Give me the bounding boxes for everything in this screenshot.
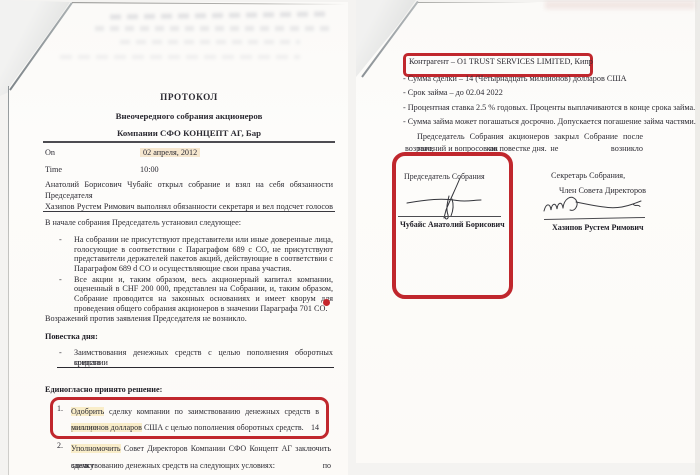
chairman-paragraph-line2: Председателя bbox=[45, 191, 333, 202]
no-objections-line: Возражений против заявления Председателя… bbox=[45, 314, 247, 324]
bullet-item-attendees: На собрании не присутствуют представител… bbox=[74, 235, 333, 274]
meta-time-label: Time bbox=[45, 165, 62, 175]
bullet-line: голосующие в соответствии с Параграфом 6… bbox=[74, 245, 333, 255]
scan-right-shadow bbox=[695, 0, 700, 475]
highlighted-word: Уполномочить bbox=[71, 444, 121, 453]
chairman-name: Чубайс Анатолий Борисович bbox=[400, 220, 505, 230]
meta-on-value: 02 апреля, 2012 bbox=[140, 148, 200, 158]
bullet-dash: - bbox=[59, 348, 62, 358]
right-page-top-edge bbox=[418, 2, 538, 3]
resolution-item-2: Уполномочить Совет Директоров Компании С… bbox=[71, 441, 331, 474]
agenda-heading: Повестка дня: bbox=[45, 332, 98, 342]
bullet-dash: - bbox=[59, 235, 62, 245]
loan-term-amount: - Сумма сделки – 14 (Четырнадцать миллио… bbox=[403, 74, 665, 84]
resolution-line: Уполномочить Совет Директоров Компании С… bbox=[71, 441, 331, 458]
closing-line: Председатель Собрания акционеров закрыл … bbox=[405, 131, 643, 143]
resolution-heading: Единогласно принято решение: bbox=[45, 385, 162, 395]
chairman-signature-scribble bbox=[402, 176, 502, 220]
loan-term-interest: - Процентная ставка 2.5 % годовых. Проце… bbox=[403, 103, 665, 113]
bullet-line: представители держателей пакетов акций, … bbox=[74, 254, 333, 264]
agenda-rule bbox=[57, 367, 334, 369]
meeting-subtitle: Внеочередного собрания акционеров bbox=[45, 112, 333, 122]
signature-rule-left bbox=[398, 216, 501, 217]
bullet-line: На собрании не присутствуют представител… bbox=[74, 235, 333, 245]
bleed-through-smudge bbox=[60, 55, 300, 59]
bullet-item-capital: Все акции и, таким образом, весь акционе… bbox=[74, 275, 333, 314]
bullet-line: Параграфом 689 d СО и осуществляющие сво… bbox=[74, 264, 333, 274]
header-rule bbox=[43, 141, 335, 143]
resolution-text: США с целью пополнения оборотных средств… bbox=[142, 423, 304, 432]
secretary-name: Хазипов Рустем Римович bbox=[552, 223, 644, 233]
highlighted-word: миллионов долларов bbox=[71, 423, 142, 432]
left-page-left-edge bbox=[8, 86, 9, 475]
bullet-line: оцененный в CHF 200 000, представлен на … bbox=[74, 284, 333, 294]
resolution-item-1: Одобрить сделку компании по заимствовани… bbox=[71, 404, 319, 436]
scanned-protocol-document: ПРОТОКОЛ Внеочередного собрания акционер… bbox=[0, 0, 700, 475]
opening-statement: В начале собрания Председатель установил… bbox=[45, 218, 241, 228]
bullet-line: проведения общего собрания акционеров в … bbox=[74, 304, 333, 314]
loan-term-repayment: - Сумма займа может погашаться досрочно.… bbox=[403, 117, 665, 127]
red-dot-mark bbox=[323, 299, 330, 306]
secretary-role: Секретарь Собрания, bbox=[551, 171, 625, 181]
meta-time-value: 10:00 bbox=[140, 165, 159, 175]
agenda-item: Заимствования денежных средств с целью п… bbox=[74, 348, 333, 368]
bullet-line: Все акции и, таким образом, весь акционе… bbox=[74, 275, 333, 285]
meta-on-label: On bbox=[45, 148, 55, 158]
counterparty-line: Контрагент – O1 TRUST SERVICES LIMITED, … bbox=[409, 57, 593, 67]
company-line: Компании СФО КОНЦЕПТ АГ, Бар bbox=[45, 129, 333, 139]
resolution-line: Одобрить сделку компании по заимствовани… bbox=[71, 404, 319, 420]
resolution-line: миллионов долларов США с целью пополнени… bbox=[71, 420, 319, 436]
loan-term-maturity: - Срок займа – до 02.04 2022 bbox=[403, 88, 665, 98]
protocol-title: ПРОТОКОЛ bbox=[45, 93, 333, 103]
agenda-line: Заимствования денежных средств с целью п… bbox=[74, 348, 333, 358]
resolution-2-number: 2. bbox=[57, 441, 63, 451]
bullet-line: Собрание проводится на законных основани… bbox=[74, 294, 333, 304]
bullet-dash: - bbox=[59, 275, 62, 285]
bleed-through-smudge bbox=[545, 1, 695, 9]
bleed-through-smudge bbox=[95, 26, 330, 31]
chairman-paragraph-line1: Анатолий Борисович Чубайс открыл собрани… bbox=[45, 180, 333, 191]
highlighted-word: Одобрить bbox=[71, 407, 104, 416]
secretary-rule bbox=[43, 211, 335, 212]
bleed-through-smudge bbox=[120, 40, 300, 44]
resolution-1-number: 1. bbox=[57, 404, 63, 414]
